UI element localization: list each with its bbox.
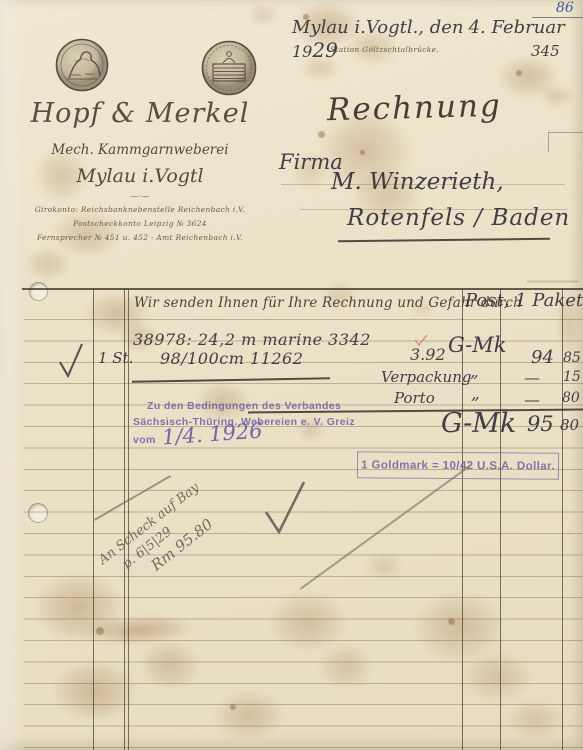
table-column-line bbox=[500, 289, 501, 750]
row-porto-label: Porto bbox=[394, 389, 435, 407]
row-porto-ditto: „ bbox=[471, 384, 480, 404]
table-column-line bbox=[462, 289, 463, 750]
row-verpackung-ditto: „ bbox=[470, 362, 479, 382]
medal-seal-right bbox=[201, 40, 257, 96]
corner-mark bbox=[548, 132, 583, 133]
bank-line-3: Fernsprecher № 451 u. 452 · Amt Reichenb… bbox=[28, 231, 252, 245]
addressee-city: Rotenfels / Baden bbox=[347, 205, 570, 231]
letterhead: Hopf & Merkel Mech. Kammgarnweberei Myla… bbox=[28, 98, 252, 245]
goldmark-stamp-text: 1 Goldmark = 10/42 U.S.A. Dollar. bbox=[361, 459, 555, 472]
addressee-name: M. Winzerieth, bbox=[331, 169, 504, 195]
row-porto-dash: — bbox=[524, 390, 540, 409]
bank-line-1: Girokonto: Reichsbanknebenstelle Reichen… bbox=[28, 203, 252, 217]
total-mark: 95 bbox=[527, 412, 554, 436]
table-header-printed: Wir senden Ihnen für Ihre Rechnung und G… bbox=[134, 295, 522, 311]
item-quantity: 1 St. bbox=[98, 349, 133, 367]
printers-mark bbox=[527, 281, 579, 282]
item-line-1: 38978: 24,2 m marine 3342 bbox=[133, 330, 371, 349]
amount-pfennig: 85 bbox=[563, 350, 581, 366]
row-checkmark-icon bbox=[58, 340, 84, 380]
station-note: Station Göltzschtalbrücke. bbox=[330, 45, 439, 54]
dateline: Mylau i.Vogtl., den 4. Februar 1929 bbox=[292, 17, 583, 62]
paper-edge bbox=[0, 0, 24, 750]
medal-seal-left bbox=[55, 38, 109, 92]
ornament-divider: —·— bbox=[28, 192, 252, 201]
corner-mark bbox=[548, 132, 549, 152]
currency-goldmark: G-Mk bbox=[448, 333, 507, 357]
dateline-year-printed: 19 bbox=[292, 42, 312, 61]
row-verpackung-pf: 15 bbox=[563, 369, 581, 385]
dateline-place: Mylau i.Vogtl., den bbox=[292, 17, 464, 38]
punch-hole bbox=[29, 282, 48, 301]
invoice-scan: 86 345 Mylau i.Vogtl., den 4. Februar 19… bbox=[0, 0, 583, 750]
shipping-method: Post, 1 Paket bbox=[465, 290, 583, 311]
invoice-title: Rechnung bbox=[327, 88, 503, 129]
total-currency: G-Mk bbox=[441, 408, 516, 439]
dateline-day: 4. Februar bbox=[469, 17, 565, 38]
conditions-stamp-line1: Zu den Bedingungen des Verbandes bbox=[147, 400, 341, 412]
addressee-underline bbox=[338, 238, 550, 243]
row-verpackung-label: Verpackung bbox=[381, 368, 471, 386]
row-verpackung-dash: — bbox=[524, 368, 540, 387]
pencil-checkmark-icon bbox=[262, 478, 308, 536]
company-business: Mech. Kammgarnweberei bbox=[28, 142, 252, 158]
unit-price: 3.92 bbox=[410, 345, 446, 364]
corner-number-blue: 86 bbox=[556, 0, 574, 16]
bank-line-2: Postscheckkonto Leipzig № 3624 bbox=[28, 217, 252, 231]
total-pfennig: 80 bbox=[560, 416, 579, 434]
conditions-stamp-line3: vom bbox=[133, 434, 156, 446]
bank-details: Girokonto: Reichsbanknebenstelle Reichen… bbox=[28, 203, 252, 245]
company-city: Mylau i.Vogtl bbox=[28, 165, 252, 187]
item-line-2: 98/100cm 11262 bbox=[160, 349, 303, 368]
company-name: Hopf & Merkel bbox=[28, 98, 252, 129]
amount-mark: 94 bbox=[531, 347, 554, 368]
row-porto-pf: 80 bbox=[562, 390, 580, 406]
